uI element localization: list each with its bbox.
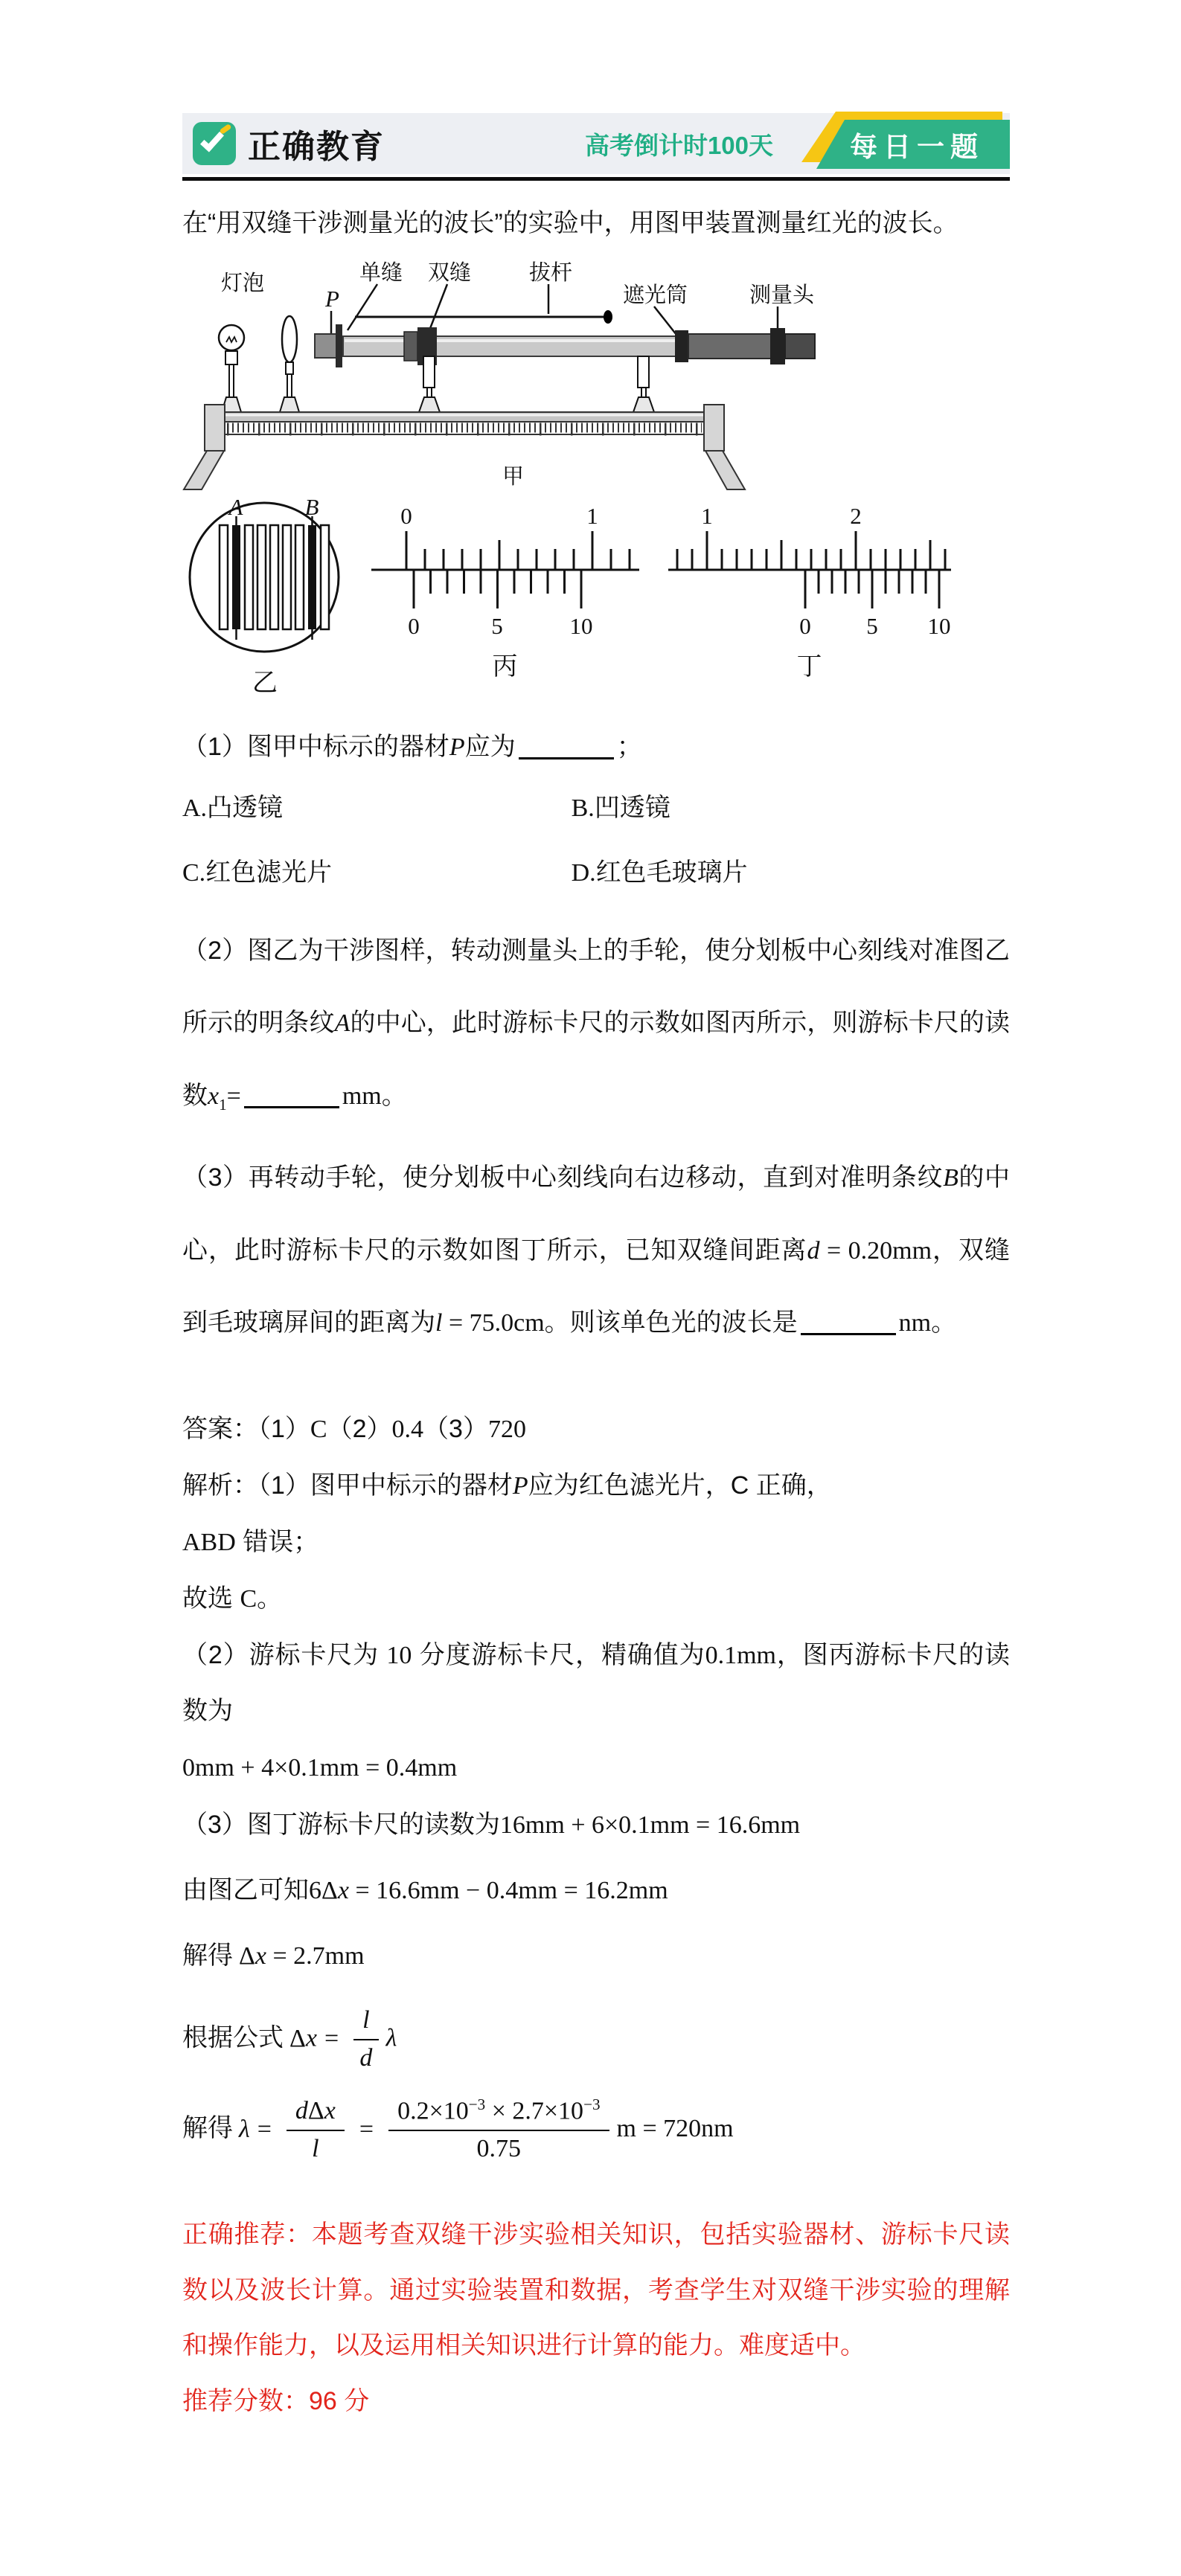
- option-A-key: A.: [182, 794, 207, 822]
- main-1: 1: [586, 503, 598, 529]
- main-1: 1: [701, 503, 713, 529]
- analysis-line-3: 故选 C。: [182, 1571, 1010, 1628]
- option-B: B.凹透镜: [572, 776, 1010, 841]
- vernier-10: 10: [570, 613, 593, 639]
- fraction-den-l: l: [312, 2131, 319, 2165]
- rail-left-cap: [205, 405, 225, 451]
- option-C-label: 红色滤光片: [205, 858, 332, 887]
- answer-p1: （1）: [258, 1415, 310, 1443]
- q3-l-eq: = 75.0cm: [442, 1309, 544, 1337]
- formula-law-eq: =: [324, 2025, 339, 2052]
- q2-blank: [244, 1082, 339, 1108]
- analysis-s3b: 。: [257, 1584, 282, 1613]
- q1-tail: ；: [617, 733, 642, 761]
- caption-jia: 甲: [502, 465, 524, 489]
- option-C: C.红色滤光片: [182, 841, 572, 906]
- num-delta: Δ: [308, 2097, 324, 2124]
- analysis-line-7: 解得Δx = 2.7mm: [182, 1928, 1010, 1985]
- tube-posts: [423, 356, 649, 400]
- option-D-key: D.: [572, 859, 596, 887]
- shade-tube-label: 遮光筒: [623, 283, 688, 307]
- bulb-icon: [219, 325, 244, 400]
- optical-tube: [315, 324, 815, 367]
- answer-v2: 0.4: [392, 1416, 424, 1443]
- num-x: x: [324, 2097, 336, 2124]
- analysis-s1a: （1）图甲中标示的器材: [258, 1471, 513, 1500]
- single-slit-label: 单缝: [359, 260, 403, 285]
- formula-law-x: x: [306, 2025, 317, 2052]
- rail-right-cap: [704, 405, 724, 451]
- main-scale-ticks: [406, 531, 630, 570]
- caption-ding: 丁: [797, 646, 822, 682]
- formula-6dx-x: x: [338, 1877, 349, 1904]
- p-label: P: [324, 286, 339, 312]
- recommendation-text: 正确推荐：本题考查双缝干涉实验相关知识，包括实验器材、游标卡尺读数以及波长计算。…: [182, 2207, 1010, 2374]
- num-exp2: −3: [583, 2095, 600, 2113]
- right-leg: [705, 451, 745, 489]
- answer-v1: C: [310, 1416, 327, 1443]
- option-A-label: 凸透镜: [207, 794, 283, 822]
- analysis-line-1: 解析：（1）图甲中标示的器材P应为红色滤光片，C 正确，: [182, 1458, 1010, 1515]
- q1-options: A.凸透镜 B.凹透镜 C.红色滤光片 D.红色毛玻璃片: [182, 776, 1010, 906]
- option-C-key: C.: [182, 859, 205, 887]
- option-D: D.红色毛玻璃片: [572, 841, 1010, 906]
- analysis-s8: 根据公式: [182, 2024, 284, 2052]
- fraction-num-numeric: 0.2×10−3 × 2.7×10−3: [388, 2095, 609, 2131]
- analysis-s4b: 分度游标卡尺，精确值为: [412, 1641, 705, 1669]
- option-D-label: 红色毛玻璃片: [596, 858, 748, 887]
- formula-dx-x: x: [255, 1942, 266, 1970]
- figure-row: A B 乙: [182, 495, 1010, 698]
- answer-p3: （3）: [423, 1415, 488, 1443]
- q1-text2: 应为: [465, 733, 516, 761]
- q2-unit: mm。: [342, 1082, 407, 1110]
- num-d: d: [295, 2097, 308, 2124]
- answer-label: 答案：: [182, 1415, 258, 1443]
- badge-label: 每日一题: [830, 124, 984, 164]
- vernier-ticks: [805, 570, 939, 608]
- analysis-label: 解析：: [182, 1471, 258, 1500]
- answer-p2: （2）: [327, 1415, 392, 1443]
- analysis-line-2: ABD 错误；: [182, 1515, 1010, 1571]
- analysis-s4n: 10: [386, 1642, 412, 1669]
- vernier-10: 10: [928, 613, 951, 639]
- num-val2: × 2.7×10: [485, 2098, 583, 2125]
- brand-group: 正确教育: [182, 120, 585, 167]
- apparatus-diagram: 灯泡 P 单缝 双缝 拔杆 遮光筒 测量头: [182, 259, 852, 491]
- q3-text4: 。则该单色光的波长是: [545, 1308, 798, 1337]
- bulb-label: 灯泡: [221, 271, 264, 295]
- q2-var-A: A: [335, 1009, 351, 1037]
- figure-ding: 1 2 0 5 10 丁: [662, 495, 956, 682]
- q3-text1: （3）再转动手轮，使分划板中心刻线向右边移动，直到对准明条纹: [182, 1163, 943, 1192]
- question-2: （2）图乙为干涉图样，转动测量头上的手轮，使分划板中心刻线对准图乙所示的明条纹A…: [182, 915, 1010, 1133]
- interference-pattern: A B: [182, 495, 348, 661]
- analysis-s6: 由图乙可知: [182, 1876, 309, 1904]
- q3-d: d: [807, 1237, 820, 1265]
- header-divider: [182, 177, 1010, 181]
- q3-blank: [801, 1309, 896, 1336]
- fraction-num-l: l: [353, 2005, 378, 2040]
- formula-ding-reading: 16mm + 6×0.1mm = 16.6mm: [500, 1811, 800, 1839]
- caption-bing: 丙: [493, 646, 518, 682]
- figure-jia: 灯泡 P 单缝 双缝 拔杆 遮光筒 测量头: [182, 259, 1010, 491]
- num-exp1: −3: [469, 2095, 485, 2113]
- formula-6dx-b: = 16.6mm − 0.4mm = 16.2mm: [349, 1877, 668, 1904]
- lens-icon: [282, 316, 297, 400]
- analysis-line-9: 解得λ=dΔxl=0.2×10−3 × 2.7×10−30.75m = 720n…: [182, 2095, 1010, 2165]
- countdown-text: 高考倒计时100天: [585, 126, 773, 161]
- intro-paragraph: 在“用双缝干涉测量光的波长”的实验中，用图甲装置测量红光的波长。: [182, 196, 1010, 251]
- double-slit-holder: [404, 332, 417, 361]
- q2-eq: =: [227, 1082, 241, 1110]
- question-3: （3）再转动手轮，使分划板中心刻线向右边移动，直到对准明条纹B的中心，此时游标卡…: [182, 1142, 1010, 1361]
- analysis-s4a: （2）游标卡尺为: [182, 1641, 386, 1669]
- double-slit-label: 双缝: [428, 260, 471, 285]
- caption-yi: 乙: [252, 662, 278, 698]
- brand-name: 正确教育: [248, 120, 385, 167]
- formula-law-delta: Δ: [289, 2025, 306, 2052]
- tube-end-cap: [785, 334, 815, 359]
- option-B-key: B.: [572, 794, 595, 822]
- leader-lines: [331, 284, 778, 335]
- result-lambda: λ: [239, 2116, 250, 2143]
- analysis-s2b: 错误；: [236, 1528, 319, 1556]
- formula-dx-a: Δ: [239, 1942, 255, 1970]
- formula-dx-b: = 2.7mm: [266, 1942, 365, 1970]
- analysis-s5: （3）图丁游标卡尺的读数为: [182, 1811, 500, 1839]
- tube-band-2: [770, 328, 785, 364]
- fraction-num-ddx: dΔx: [287, 2095, 345, 2131]
- lever-rod: [355, 310, 612, 324]
- figure-bing: 0 1 0 5 10 丙: [365, 495, 644, 682]
- q1-var-P: P: [449, 733, 465, 761]
- fringe-A-label: A: [228, 495, 244, 520]
- daily-question-badge: 每日一题: [800, 113, 1010, 174]
- left-leg: [184, 451, 224, 489]
- analysis-line-8: 根据公式Δx=ldλ: [182, 2005, 1010, 2074]
- formula-6dx-a: 6Δ: [309, 1877, 338, 1904]
- analysis-s7: 解得: [182, 1941, 233, 1970]
- formula-bing-reading: 0mm + 4×0.1mm = 0.4mm: [182, 1754, 1010, 1782]
- vernier-0: 0: [408, 613, 420, 639]
- analysis-s4m: 0.1mm: [705, 1642, 776, 1669]
- fraction-den-d: d: [359, 2040, 372, 2075]
- q1-blank: [519, 733, 614, 759]
- measure-head-label: 测量头: [749, 283, 815, 307]
- vernier-5: 5: [491, 613, 503, 639]
- recommendation-score: 推荐分数：96 分: [182, 2374, 1010, 2429]
- vernier-0: 0: [799, 613, 811, 639]
- num-val1: 0.2×10: [397, 2098, 469, 2125]
- option-B-label: 凹透镜: [595, 794, 670, 822]
- answer-v3: 720: [488, 1416, 526, 1443]
- yellow-accent: [219, 123, 231, 135]
- analysis-s9: 解得: [182, 2115, 233, 2143]
- vernier-bing: 0 1 0 5 10: [365, 495, 644, 644]
- lever-label: 拔杆: [529, 260, 572, 285]
- analysis-s2a: ABD: [182, 1529, 236, 1556]
- single-slit-plate: [336, 324, 342, 367]
- question-1: （1）图甲中标示的器材P应为；: [182, 719, 1010, 776]
- analysis-s3a: 故选: [182, 1584, 240, 1613]
- dark-tube-section: [688, 334, 782, 359]
- brand-header: 正确教育 高考倒计时100天 每日一题: [182, 113, 1010, 174]
- document-page: 正确教育 高考倒计时100天 每日一题 在“用双缝干涉测量光的波长”的实验中，用…: [0, 0, 1181, 2429]
- q2-x-sub: 1: [219, 1096, 227, 1114]
- q2-x: x: [208, 1082, 219, 1110]
- answer-line: 答案：（1）C（2）0.4（3）720: [182, 1401, 1010, 1458]
- analysis-s1b: 应为红色滤光片，C 正确，: [528, 1471, 832, 1500]
- vernier-5: 5: [866, 613, 878, 639]
- checkmark-logo-icon: [193, 122, 236, 165]
- q1-text: （1）图甲中标示的器材: [182, 733, 449, 761]
- analysis-s3v: C: [240, 1585, 257, 1613]
- q3-var-B: B: [943, 1164, 958, 1192]
- result-eq2: =: [359, 2116, 374, 2143]
- fraction-l-over-d: ld: [353, 2005, 378, 2074]
- stand-feet: [222, 397, 654, 412]
- fraction-ddx-over-l: dΔxl: [287, 2095, 345, 2165]
- analysis-s1-var-P: P: [513, 1472, 528, 1500]
- fraction-den-numeric: 0.75: [477, 2131, 522, 2165]
- analysis-line-6: 由图乙可知6Δx = 16.6mm − 0.4mm = 16.2mm: [182, 1863, 1010, 1919]
- fringe-B-label: B: [305, 495, 319, 520]
- q3-unit: nm。: [899, 1309, 956, 1337]
- result-value: m = 720nm: [617, 2116, 734, 2143]
- result-eq1: =: [257, 2116, 272, 2143]
- main-0: 0: [400, 503, 412, 529]
- tube-band-1: [675, 330, 688, 362]
- option-A: A.凸透镜: [182, 776, 572, 841]
- formula-law-lambda: λ: [386, 2025, 397, 2052]
- main-scale-ticks: [677, 531, 945, 570]
- analysis-line-4: （2）游标卡尺为 10 分度游标卡尺，精确值为0.1mm，图丙游标卡尺的读数为: [182, 1628, 1010, 1740]
- figure-yi: A B 乙: [182, 495, 348, 698]
- optical-rail: [184, 405, 745, 489]
- main-2: 2: [850, 503, 862, 529]
- analysis-line-5: （3）图丁游标卡尺的读数为16mm + 6×0.1mm = 16.6mm: [182, 1797, 1010, 1854]
- q3-d-eq: = 0.20mm: [820, 1237, 932, 1265]
- vernier-ticks: [414, 570, 581, 608]
- vernier-ding: 1 2 0 5 10: [662, 495, 956, 644]
- filter-P-block: [315, 334, 337, 358]
- fraction-numeric: 0.2×10−3 × 2.7×10−30.75: [388, 2095, 609, 2165]
